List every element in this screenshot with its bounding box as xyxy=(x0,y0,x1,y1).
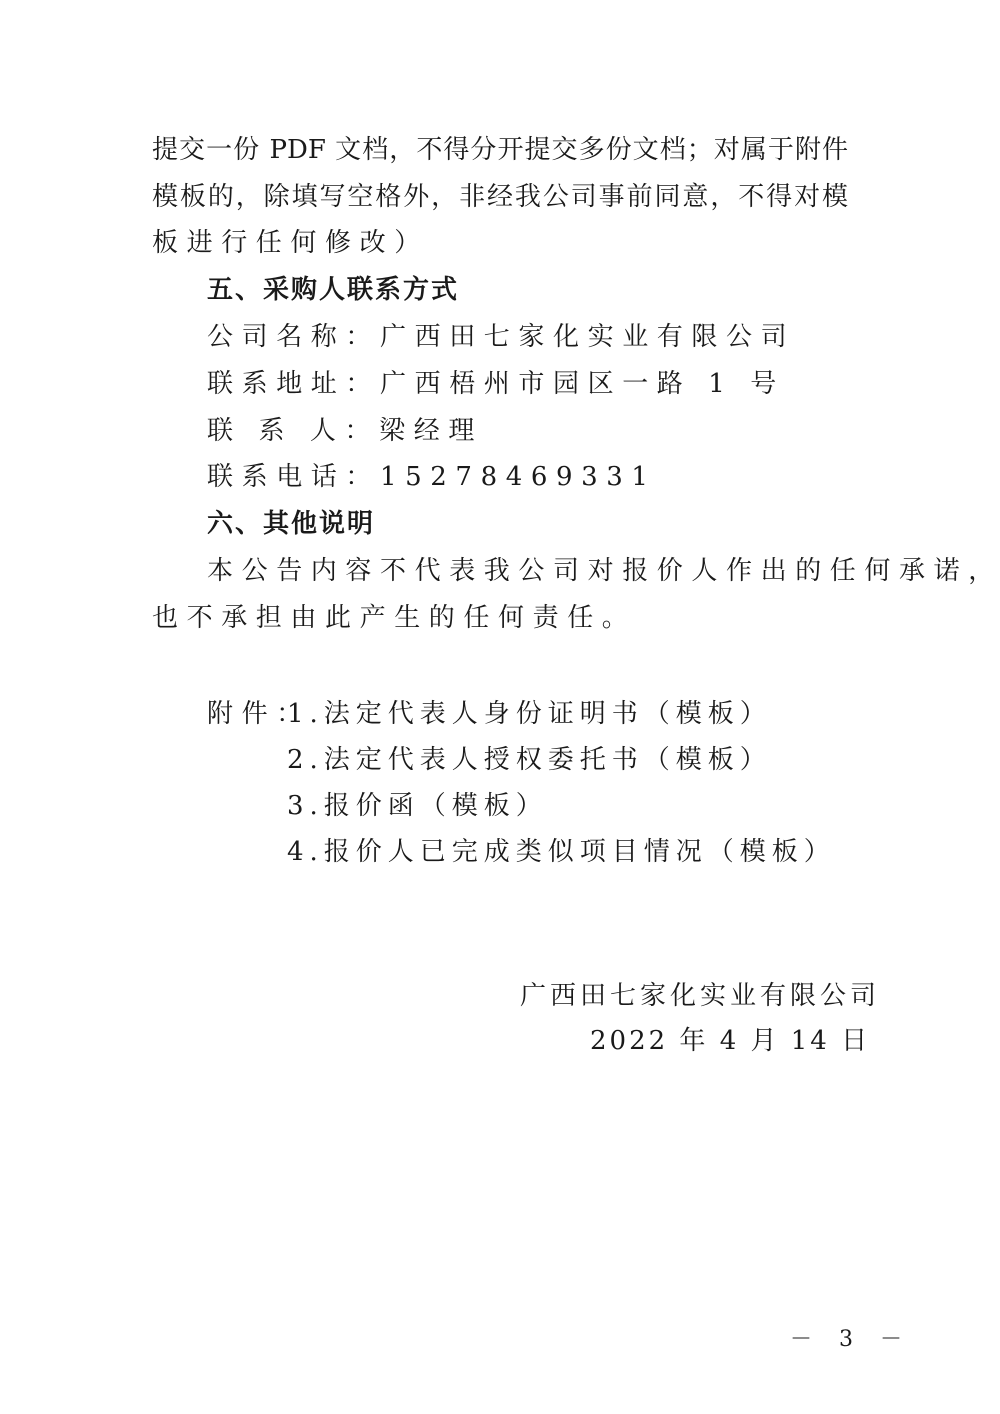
company-name-line: 公司名称：广西田七家化实业有限公司 xyxy=(207,320,795,354)
contact-person-line: 联 系 人：梁经理 xyxy=(207,414,483,448)
attachment-item: 1.法定代表人身份证明书（模板） xyxy=(287,697,772,731)
disclaimer-line: 本公告内容不代表我公司对报价人作出的任何承诺， xyxy=(207,554,1000,588)
address-line: 联系地址：广西梧州市园区一路 1 号 xyxy=(207,367,785,401)
paragraph-line: 板进行任何修改） xyxy=(152,226,429,260)
attachment-item: 4.报价人已完成类似项目情况（模板） xyxy=(287,835,836,869)
signature-date: 2022 年 4 月 14 日 xyxy=(590,1024,870,1058)
paragraph-line: 模板的，除填写空格外，非经我公司事前同意，不得对模 xyxy=(152,180,848,214)
document-page: 提交一份 PDF 文档，不得分开提交多份文档；对属于附件 模板的，除填写空格外，… xyxy=(0,0,1000,1414)
phone-line: 联系电话：15278469331 xyxy=(207,460,657,494)
section-heading-other: 六、其他说明 xyxy=(207,507,375,541)
attachment-item: 2.法定代表人授权委托书（模板） xyxy=(287,743,772,777)
disclaimer-line: 也不承担由此产生的任何责任。 xyxy=(152,601,636,635)
page-number: － 3 － xyxy=(790,1322,912,1353)
paragraph-line: 提交一份 PDF 文档，不得分开提交多份文档；对属于附件 xyxy=(152,133,848,167)
signature-company: 广西田七家化实业有限公司 xyxy=(520,979,880,1013)
attachment-item: 3.报价函（模板） xyxy=(287,789,548,823)
section-heading-contact: 五、采购人联系方式 xyxy=(207,273,459,307)
